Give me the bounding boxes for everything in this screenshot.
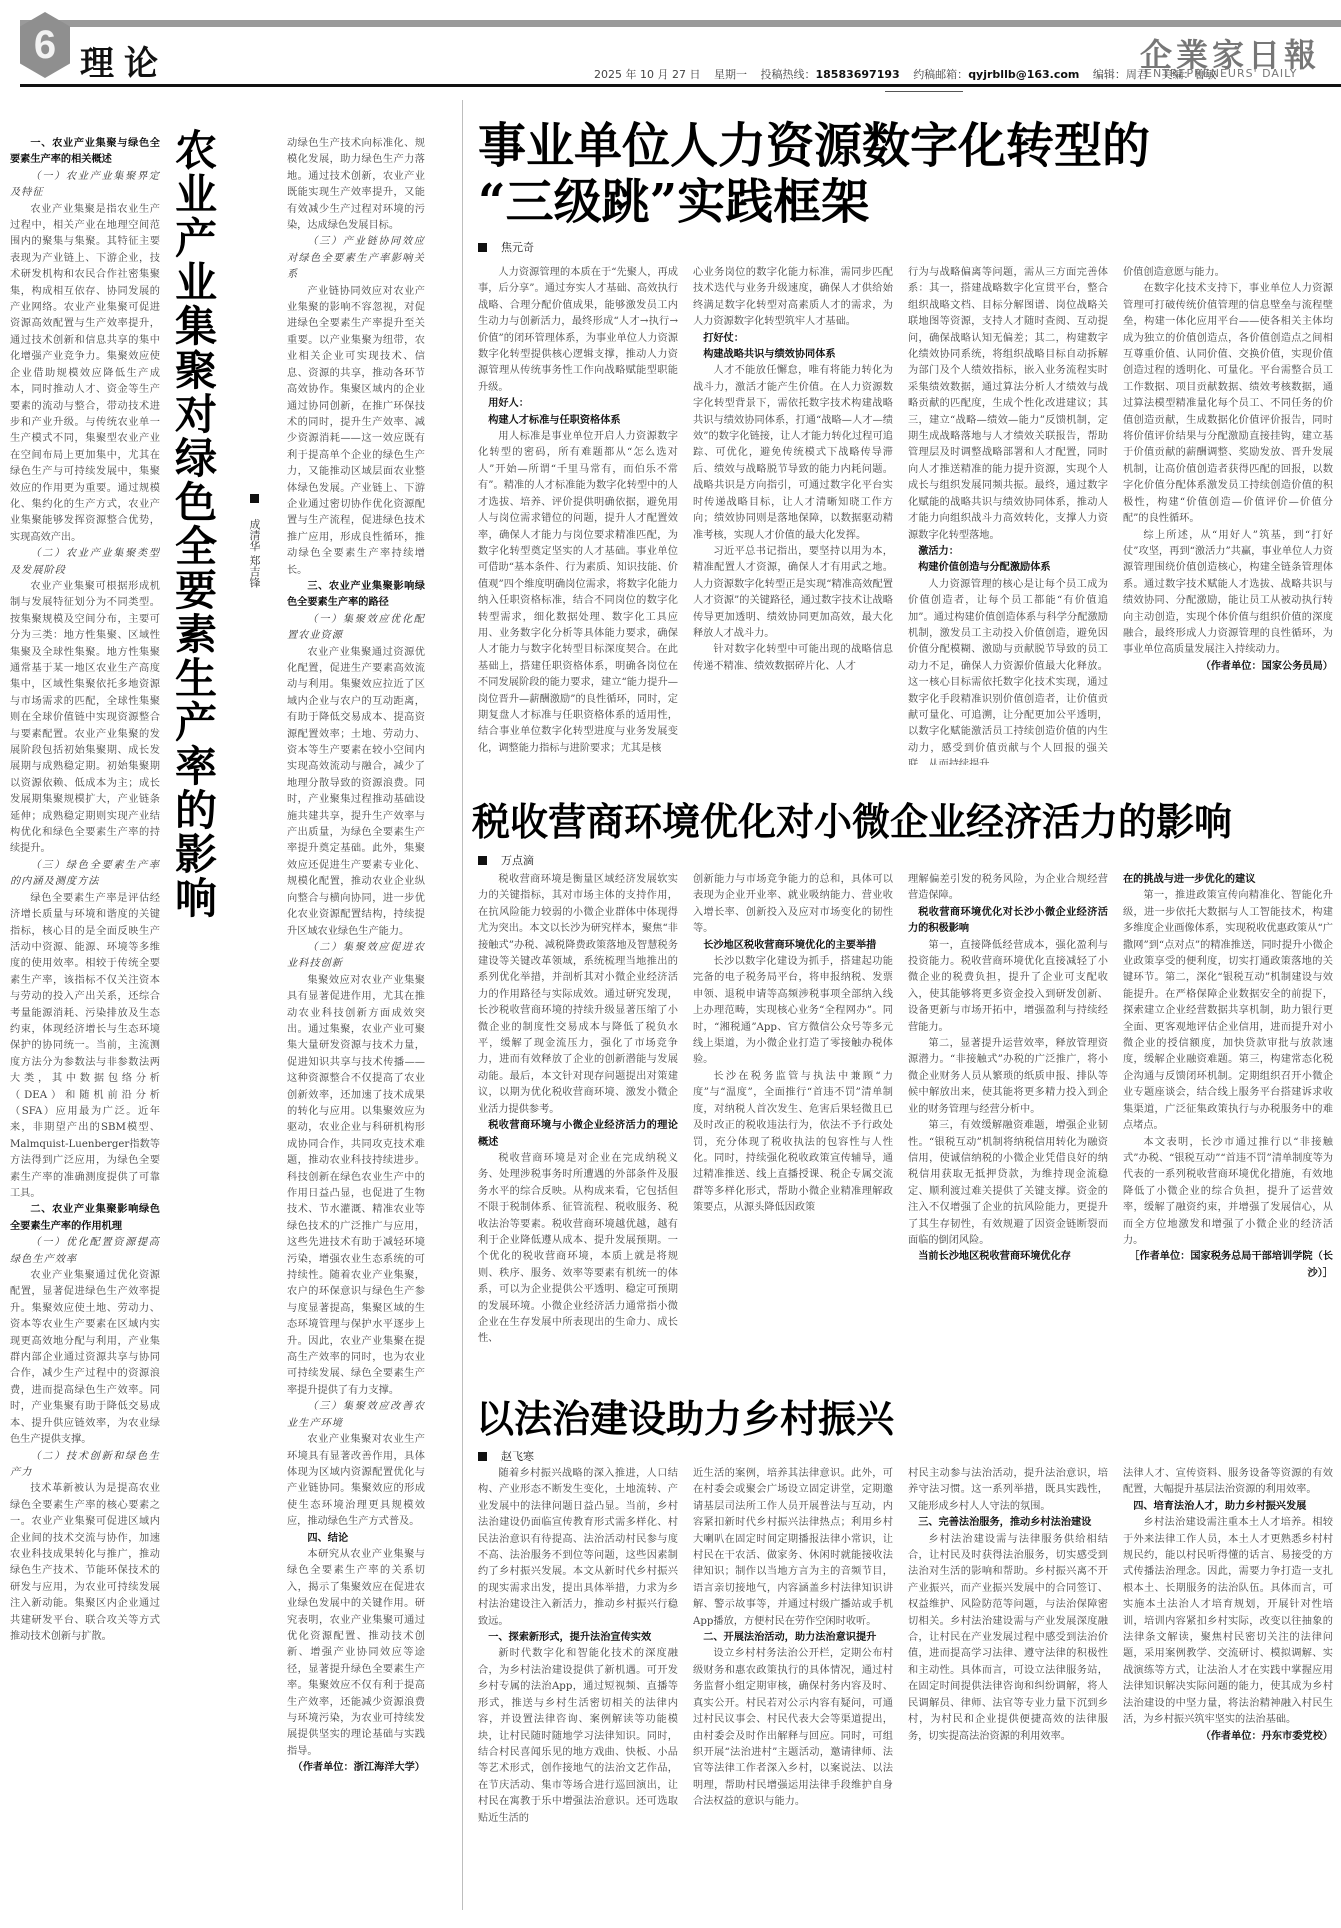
paragraph: 创新能力与市场竞争能力的总和，具体可以表现为企业开业率、就业吸纳能力、营业收入增… [693, 872, 893, 938]
paragraph: 在数字化技术支持下，事业单位人力资源管理可打破传统价值管理的信息壁垒与流程壁垒，… [1123, 281, 1333, 527]
paragraph: 农业产业集聚是指农业生产过程中，相关产业在地理空间范围内的聚集与集聚。其特征主要… [10, 202, 160, 547]
paragraph: 第三，有效缓解融资难题，增强企业韧性。“银税互动”机制将纳税信用转化为融资信用，… [908, 1118, 1108, 1249]
article-hr-author: 焦元奇 [501, 239, 534, 255]
article-hr-column-1: 人力资源管理的本质在于“先聚人，再成事，后分享”。通过夯实人才基础、高效执行战略… [478, 265, 678, 765]
section-heading: 三、完善法治服务，推动乡村法治建设 [908, 1515, 1108, 1531]
section-heading: （二）技术创新和绿色生产力 [10, 1449, 160, 1482]
paragraph: 心业务岗位的数字化能力标准，需同步匹配技术迭代与业务升级速度，确保人才供给始终满… [693, 265, 893, 331]
paragraph: 村民主动参与法治活动，提升法治意识，培养守法习惯。这一系列举措，既具实践性，又能… [908, 1466, 1108, 1515]
article-agri-column-2: 动绿色生产技术向标准化、规模化发展，助力绿色生产力落地。通过技术创新，农业产业既… [287, 136, 425, 1866]
section-heading: 三、农业产业集聚影响绿色全要素生产率的路径 [287, 579, 425, 612]
section-heading: 四、培育法治人才，助力乡村振兴发展 [1123, 1499, 1333, 1515]
article-hr-column-3: 行为与战略偏离等问题，需从三方面完善体系：其一，搭建战略数字化宣贯平台，整合组织… [908, 265, 1108, 765]
paragraph: 技术革新被认为是提高农业绿色全要素生产率的核心要素之一。农业产业集聚可促进区域内… [10, 1481, 160, 1645]
masthead-rule [20, 84, 1341, 87]
section-heading: 一、农业产业集聚与绿色全要素生产率的相关概述 [10, 136, 160, 169]
article-law-column-2: 近生活的案例，培养其法律意识。此外，可在村委会或聚会广场设立固定讲堂，定期邀请基… [693, 1466, 893, 1924]
section-title: 理论 [80, 36, 168, 85]
section-heading: （一）集聚效应优化配置农业资源 [287, 612, 425, 645]
paragraph: 农业产业集聚对农业生产环境具有显著改善作用，具体体现为区域内资源配置优化与产业链… [287, 1432, 425, 1530]
paragraph: 长沙在税务监管与执法中兼顾“力度”与“温度”，全面推行“首违不罚”清单制度，对纳… [693, 1069, 893, 1217]
paragraph: 人才不能放任懈怠，唯有将能力转化为战斗力，激活才能产生价值。在人力资源数字化转型… [693, 363, 893, 543]
section-heading: 四、结论 [287, 1531, 425, 1547]
paragraph: 人力资源管理的本质在于“先聚人，再成事，后分享”。通过夯实人才基础、高效执行战略… [478, 265, 678, 396]
issue-date: 2025 年 10 月 27 日 [594, 68, 700, 81]
byline-square-icon [478, 856, 487, 865]
paragraph: 动绿色生产技术向标准化、规模化发展，助力绿色生产力落地。通过技术创新，农业产业既… [287, 136, 425, 234]
article-tax-column-3: 理解偏差引发的税务风险，为企业合规经营营造保障。税收营商环境优化对长沙小微企业经… [908, 872, 1108, 1372]
section-heading: 二、开展法治活动，助力法治意识提升 [693, 1630, 893, 1646]
article-tax-byline: 万点滴 [478, 852, 534, 868]
masthead-subrule [885, 91, 963, 92]
author-affiliation: ［作者单位：国家税务总局干部培训学院（长沙）］ [1123, 1249, 1333, 1282]
article-hr-byline: 焦元奇 [478, 239, 534, 255]
paragraph: 农业产业集聚通过资源优化配置，促进生产要素高效流动与利用。集聚效应拉近了区域内企… [287, 645, 425, 940]
paragraph: 农业产业集聚通过优化资源配置，显著促进绿色生产效率提升。集聚效应使土地、劳动力、… [10, 1268, 160, 1448]
section-heading: 二、农业产业集聚影响绿色全要素生产率的作用机理 [10, 1202, 160, 1235]
byline-square-icon [478, 243, 487, 252]
article-agri-byline: 成清华 郑吉锋 [242, 494, 262, 588]
article-law-headline: 以法治建设助力乡村振兴 [476, 1395, 894, 1443]
section-heading: 一、探索新形式，提升法治宣传实效 [478, 1630, 678, 1646]
article-law-column-3: 村民主动参与法治活动，提升法治意识，培养守法习惯。这一系列举措，既具实践性，又能… [908, 1466, 1108, 1924]
article-hr-column-4: 价值创造意愿与能力。在数字化技术支持下，事业单位人力资源管理可打破传统价值管理的… [1123, 265, 1333, 765]
article-agri-column-1: 一、农业产业集聚与绿色全要素生产率的相关概述（一）农业产业集聚界定及特征农业产业… [10, 136, 160, 1896]
article-tax-author: 万点滴 [501, 852, 534, 868]
article-law-column-1: 随着乡村振兴战略的深入推进，人口结构、产业形态不断发生变化，土地流转、产业发展中… [478, 1466, 678, 1924]
article-hr-headline: 事业单位人力资源数字化转型的 “三级跳”实践框架 [478, 118, 1150, 230]
article-law-author: 赵飞寒 [501, 1448, 534, 1464]
paragraph: 人力资源管理的核心是让每个员工成为价值创造者，让每个员工都能“有价值追加”。通过… [908, 577, 1108, 765]
paragraph: 集聚效应对农业产业集聚具有显著促进作用，尤其在推动农业科技创新方面成效突出。通过… [287, 973, 425, 1400]
paragraph: 第一，推进政策宣传向精准化、智能化升级，进一步依托大数据与人工智能技术，构建多维… [1123, 888, 1333, 1134]
paragraph: 随着乡村振兴战略的深入推进，人口结构、产业形态不断发生变化，土地流转、产业发展中… [478, 1466, 678, 1630]
section-heading: （三）产业链协同效应对绿色全要素生产率影响关系 [287, 234, 425, 283]
paragraph: 绿色全要素生产率是评估经济增长质量与环境和谐度的关键指标，核心目的是全面反映生产… [10, 891, 160, 1203]
contact-email: 约稿邮箱：qyjrbllb@163.com [913, 68, 1079, 81]
paragraph: 乡村法治建设需注重本土人才培养。相较于外来法律工作人员，本土人才更熟悉乡村村规民… [1123, 1515, 1333, 1728]
paragraph: 用人标准是事业单位开启人力资源数字化转型的密码，所有难题都从“怎么选对人”开始—… [478, 429, 678, 757]
section-heading: 长沙地区税收营商环境优化的主要举措 [693, 938, 893, 954]
section-heading: 构建战略共识与绩效协同体系 [693, 347, 893, 363]
section-heading: （三）集聚效应改善农业生产环境 [287, 1399, 425, 1432]
section-heading: （一）农业产业集聚界定及特征 [10, 169, 160, 202]
paragraph: 本研究从农业产业集聚与绿色全要素生产率的关系切入，揭示了集聚效应在促进农业绿色发… [287, 1547, 425, 1760]
section-heading: （二）集聚效应促进农业科技创新 [287, 940, 425, 973]
paragraph: 乡村法治建设需与法律服务供给相结合，让村民及时获得法治服务，切实感受到法治对生活… [908, 1532, 1108, 1745]
paragraph: 价值创造意愿与能力。 [1123, 265, 1333, 281]
article-tax-column-2: 创新能力与市场竞争能力的总和，具体可以表现为企业开业率、就业吸纳能力、营业收入增… [693, 872, 893, 1372]
section-heading: （二）农业产业集聚类型及发展阶段 [10, 546, 160, 579]
issue-weekday: 星期一 [714, 68, 747, 81]
paragraph: 农业产业集聚可根据形成机制与发展特征划分为不同类型。按集聚规模及空间分布，主要可… [10, 579, 160, 858]
article-agri-title: 农业产业集聚对绿色全要素生产率的影响 [167, 128, 217, 920]
paragraph: 法律人才、宣传资料、服务设备等资源的有效配置，大幅提升基层法治资源的利用效率。 [1123, 1466, 1333, 1499]
paragraph: 税收营商环境是衡量区域经济发展软实力的关键指标，其对市场主体的支持作用，在抗风险… [478, 872, 678, 1118]
author-affiliation: （作者单位：国家公务员局） [1123, 659, 1333, 675]
article-hr-column-2: 心业务岗位的数字化能力标准，需同步匹配技术迭代与业务升级速度，确保人才供给始终满… [693, 265, 893, 765]
article-tax-column-4: 在的挑战与进一步优化的建议第一，推进政策宣传向精准化、智能化升级，进一步依托大数… [1123, 872, 1333, 1372]
paragraph: 综上所述，从“用好人”筑基，到“打好仗”攻坚，再到“激活力”共赢，事业单位人力资… [1123, 528, 1333, 659]
section-heading: 构建人才标准与任职资格体系 [478, 413, 678, 429]
section-heading: 在的挑战与进一步优化的建议 [1123, 872, 1333, 888]
section-heading: （三）绿色全要素生产率的内涵及测度方法 [10, 858, 160, 891]
section-heading: （一）优化配置资源提高绿色生产效率 [10, 1235, 160, 1268]
author-affiliation: （作者单位：丹东市委党校） [1123, 1729, 1333, 1745]
paragraph: 设立乡村村务法治公开栏，定期公布村级财务和惠农政策执行的具体情况，通过村务监督小… [693, 1646, 893, 1810]
byline-square-icon [478, 1452, 487, 1461]
section-heading: 用好人： [478, 396, 678, 412]
article-law-column-4: 法律人才、宣传资料、服务设备等资源的有效配置，大幅提升基层法治资源的利用效率。四… [1123, 1466, 1333, 1924]
paragraph: 长沙以数字化建设为抓手，搭建起功能完备的电子税务局平台，将申报纳税、发票申领、退… [693, 954, 893, 1069]
paragraph: 本文表明，长沙市通过推行以“非接触式”办税、“银税互动”“首违不罚”清单制度等为… [1123, 1135, 1333, 1250]
section-heading: 激活力： [908, 544, 1108, 560]
masthead-top-bar [20, 20, 1341, 27]
paragraph: 产业链协同效应对农业产业集聚的影响不容忽视，对促进绿色全要素生产率提升至关重要。… [287, 284, 425, 579]
byline-square-icon [250, 494, 259, 503]
paragraph: 习近平总书记指出，要坚持以用为本，精准配置人才资源，确保人才有用武之地。人力资源… [693, 544, 893, 642]
newspaper-logo-english: ENTREPRENEURS' DAILY [1145, 67, 1298, 80]
paragraph: 理解偏差引发的税务风险，为企业合规经营营造保障。 [908, 872, 1108, 905]
author-affiliation: （作者单位：浙江海洋大学） [287, 1760, 425, 1776]
article-tax-column-1: 税收营商环境是衡量区域经济发展软实力的关键指标，其对市场主体的支持作用，在抗风险… [478, 872, 678, 1372]
paragraph: 行为与战略偏离等问题，需从三方面完善体系：其一，搭建战略数字化宣贯平台，整合组织… [908, 265, 1108, 544]
section-heading: 税收营商环境与小微企业经济活力的理论概述 [478, 1118, 678, 1151]
paragraph: 针对数字化转型中可能出现的战略信息传递不精准、绩效数据碎片化、人才 [693, 642, 893, 675]
paragraph: 第二，显著提升运营效率，释放管理资源潜力。“非接触式”办税的广泛推广，将小微企业… [908, 1036, 1108, 1118]
masthead-meta: 2025 年 10 月 27 日 星期一 投稿热线：18583697193 约稿… [594, 66, 1226, 82]
section-heading: 构建价值创造与分配激励体系 [908, 560, 1108, 576]
article-agri-authors: 成清华 郑吉锋 [248, 519, 261, 589]
paragraph: 近生活的案例，培养其法律意识。此外，可在村委会或聚会广场设立固定讲堂，定期邀请基… [693, 1466, 893, 1630]
paragraph: 税收营商环境是对企业在完成纳税义务、处理涉税事务时所遭遇的外部条件及服务水平的综… [478, 1151, 678, 1348]
paragraph: 第一，直接降低经营成本，强化盈利与投资能力。税收营商环境优化直接减轻了小微企业的… [908, 938, 1108, 1036]
hotline: 投稿热线：18583697193 [760, 68, 899, 81]
paragraph: 新时代数字化和智能化技术的深度融合，为乡村法治建设提供了新机遇。可开发乡村专属的… [478, 1646, 678, 1826]
article-tax-headline: 税收营商环境优化对小微企业经济活力的影响 [472, 798, 1232, 846]
section-heading: 税收营商环境优化对长沙小微企业经济活力的积极影响 [908, 905, 1108, 938]
section-heading: 打好仗： [693, 331, 893, 347]
column-divider [462, 100, 463, 1910]
section-heading: 当前长沙地区税收营商环境优化存 [908, 1249, 1108, 1265]
article-law-byline: 赵飞寒 [478, 1448, 534, 1464]
